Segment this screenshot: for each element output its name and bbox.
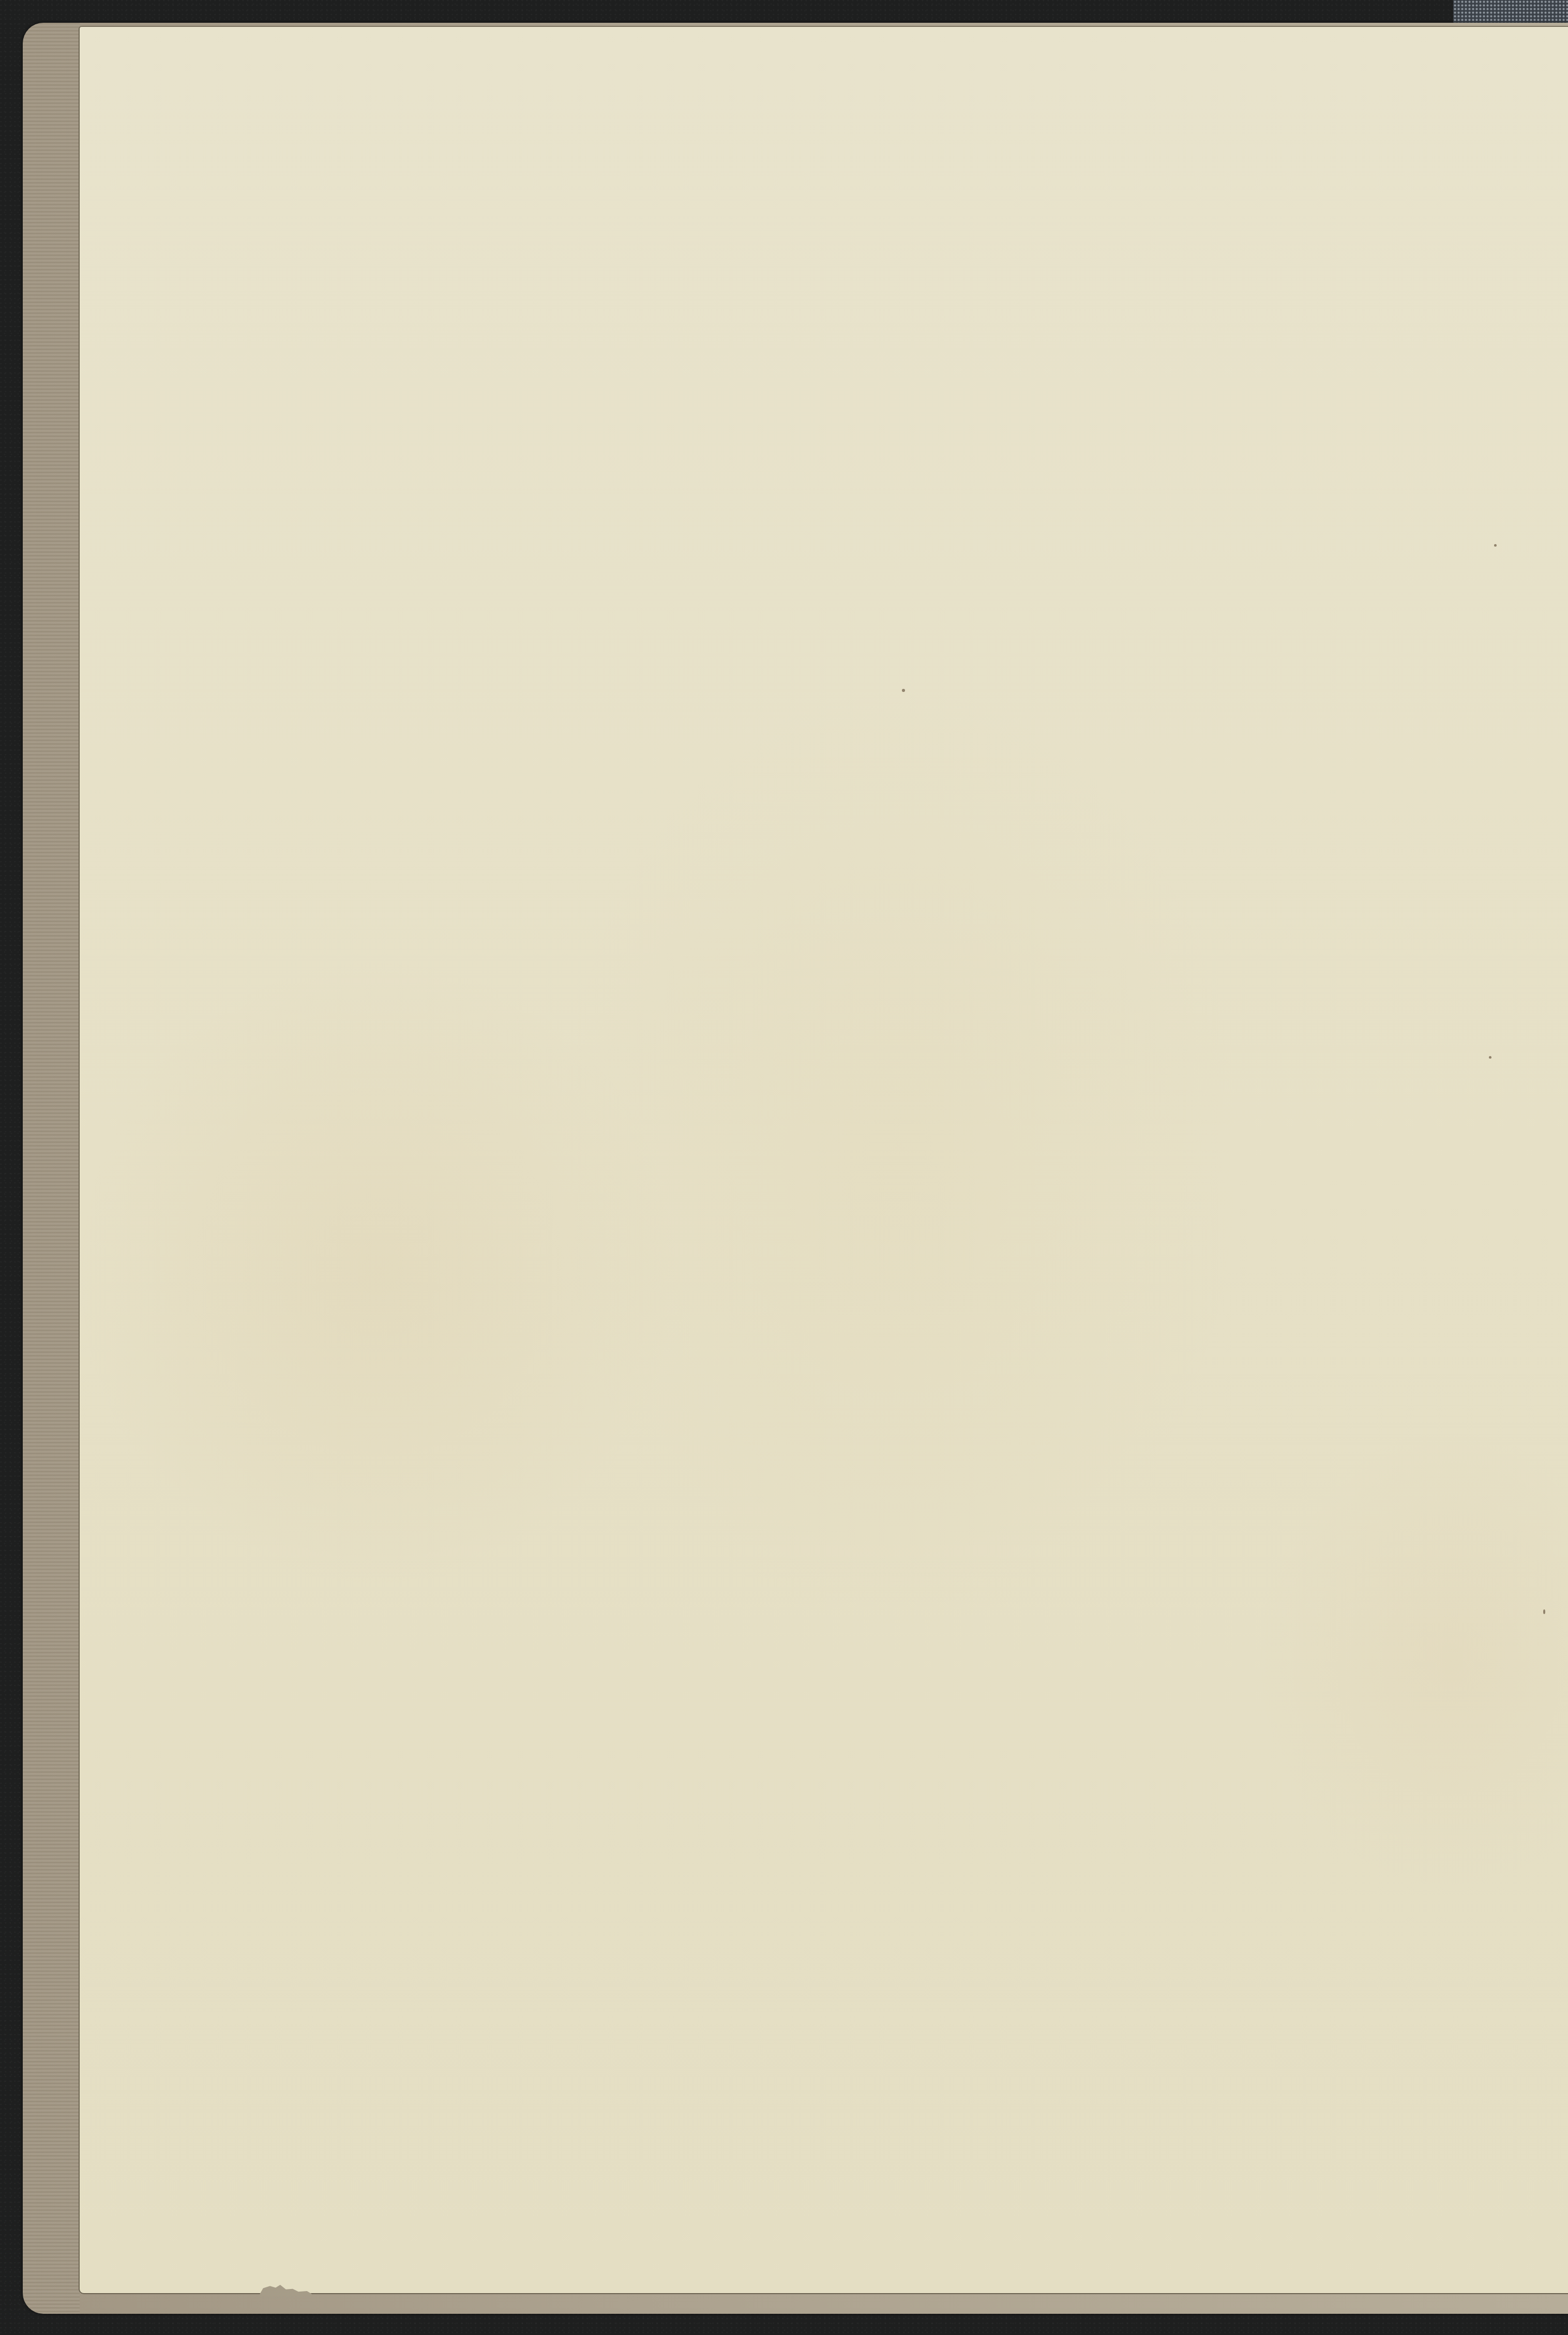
- paper-speck: [1489, 1056, 1491, 1059]
- paper-speck: [1494, 544, 1497, 547]
- blank-page: [79, 26, 1568, 2294]
- paper-speck: [1543, 1609, 1545, 1614]
- paper-speck: [902, 689, 905, 692]
